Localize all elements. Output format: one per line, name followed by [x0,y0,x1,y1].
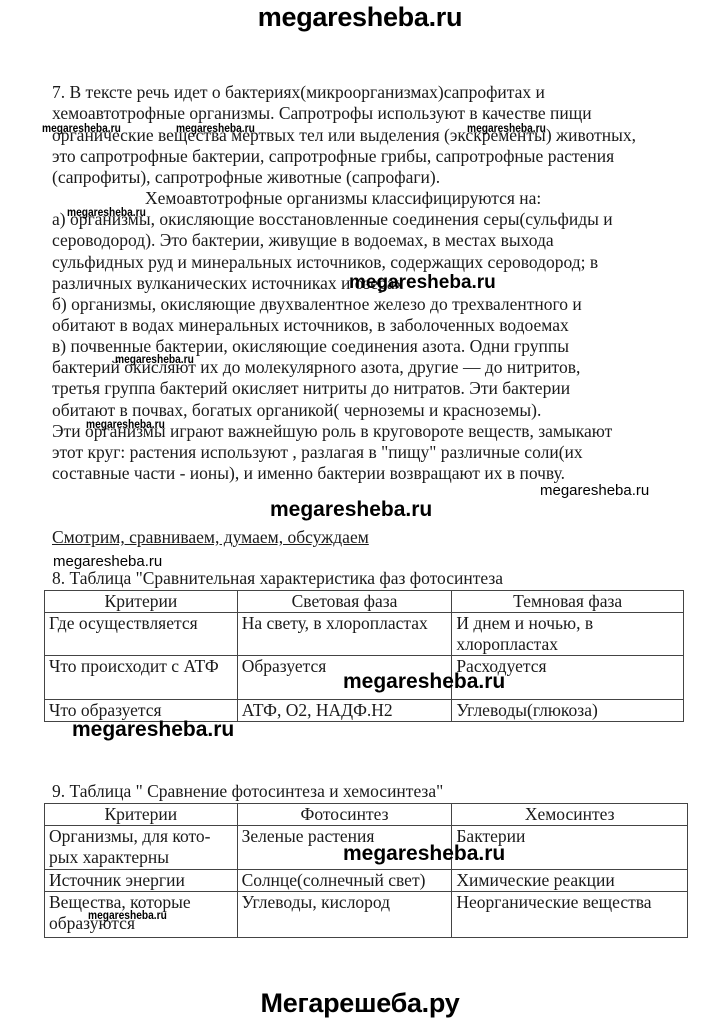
watermark: megaresheba.ru [343,842,505,866]
watermark: megaresheba.ru [115,352,194,366]
table-cell: Углеводы(глюкоза) [452,700,684,722]
table-header-cell: Хемосинтез [452,804,688,826]
text-line: обитают в водах минеральных источников, … [52,315,569,336]
table-cell: Солнце(солнечный свет) [237,870,452,892]
text-line: органические вещества мертвых тел или вы… [52,125,636,146]
table-cell: Что происходит с АТФ [45,656,238,700]
watermark: megaresheba.ru [86,417,165,431]
text-line: (сапрофиты), сапротрофные животные (сапр… [52,167,440,188]
task-8-table: Критерии Световая фаза Темновая фаза Где… [44,590,684,722]
section-heading: Смотрим, сравниваем, думаем, обсуждаем [52,527,369,548]
watermark: megaresheba.ru [343,670,505,694]
watermark: megaresheba.ru [176,121,255,135]
watermark: megaresheba.ru [467,121,546,135]
table-header-row: Критерии Световая фаза Темновая фаза [45,591,684,613]
watermark: megaresheba.ru [72,718,234,742]
table-cell: Источник энергии [45,870,238,892]
watermark: megaresheba.ru [540,482,649,499]
watermark: megaresheba.ru [67,205,146,219]
text-line: этот круг: растения используют , разлага… [52,442,583,463]
table-cell: Где осуществляется [45,613,238,656]
table-header-cell: Критерии [45,591,238,613]
table-cell: Неорганические вещества [452,892,688,938]
watermark: megaresheba.ru [270,498,432,522]
table-cell: И днем и ночью, в хлоропластах [452,613,684,656]
table-header-cell: Темновая фаза [452,591,684,613]
text-line: сероводород). Это бактерии, живущие в во… [52,230,554,251]
table-row: Источник энергии Солнце(солнечный свет) … [45,870,688,892]
watermark: megaresheba.ru [42,121,121,135]
table-header-cell: Световая фаза [237,591,452,613]
task-8-title: 8. Таблица "Сравнительная характеристика… [52,568,503,589]
text-line: это сапротрофные бактерии, сапротрофные … [52,146,614,167]
text-line: Хемоавтотрофные организмы классифицируют… [145,188,541,209]
table-header-row: Критерии Фотосинтез Хемосинтез [45,804,688,826]
table-cell: Углеводы, кислород [237,892,452,938]
watermark: megaresheba.ru [349,272,496,294]
text-line: б) организмы, окисляющие двухвалентное ж… [52,294,582,315]
task-9-title: 9. Таблица " Сравнение фотосинтеза и хем… [52,781,443,802]
table-header-cell: Критерии [45,804,238,826]
table-row: Где осуществляется На свету, в хлороплас… [45,613,684,656]
text-line: сульфидных руд и минеральных источников,… [52,252,598,273]
table-cell: Химические реакции [452,870,688,892]
table-cell: АТФ, О2, НАДФ.Н2 [237,700,452,722]
table-cell: Организмы, для кото-рых характерны [45,826,238,870]
watermark-footer: Мегарешеба.ру [0,988,720,1019]
watermark: megaresheba.ru [88,908,167,922]
text-line: третья группа бактерий окисляет нитриты … [52,378,570,399]
table-cell: На свету, в хлоропластах [237,613,452,656]
text-line: составные части - ионы), и именно бактер… [52,463,565,484]
table-header-cell: Фотосинтез [237,804,452,826]
watermark-header: megaresheba.ru [0,2,720,33]
text-line: 7. В тексте речь идет о бактериях(микроо… [52,82,545,103]
